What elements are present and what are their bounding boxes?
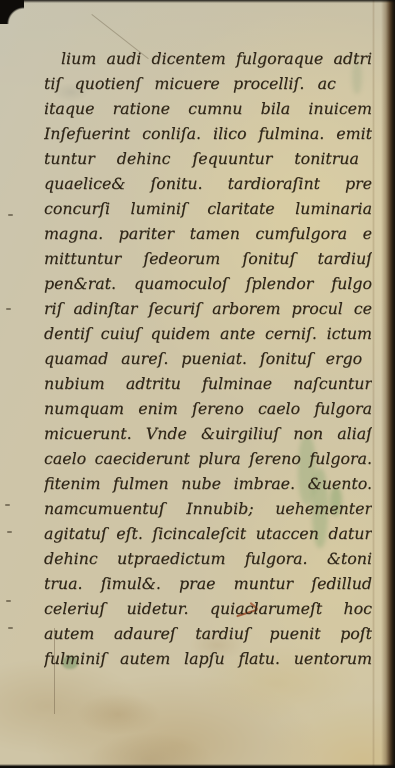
text-line: tuntur dehinc ſequuntur tonitrua [44, 147, 359, 172]
text-line: tiſ quotienſ micuere procelliſ. ac [44, 72, 336, 97]
parchment-page: lium audi dicentem fulgoraque adtri tiſ … [0, 0, 395, 768]
text-line: quaelice& ſonitu. tardioraſint pre cedun… [44, 172, 372, 197]
page-edge-shadow [381, 0, 395, 768]
text-line: caelo caeciderunt plura ſereno fulgora. [44, 447, 372, 472]
margin-speck [5, 504, 10, 506]
text-line: fitenim fulmen nube imbrae. &uento. [44, 472, 372, 497]
margin-speck [7, 531, 12, 533]
text-line: Inſefuerint conliſa. ilico fulmina. emit [44, 122, 372, 147]
margin-speck [6, 308, 11, 310]
photo-edge-top [0, 0, 395, 3]
margin-speck [8, 627, 13, 629]
text-line: dehinc utpraedictum fulgora. &toni [44, 547, 372, 572]
text-line: micuerunt. Vnde &uirgiliuſ non aliaſ [44, 422, 372, 447]
text-line: agitatuſ eſt. ſicincaleſcit utaccen datu… [44, 522, 372, 547]
text-line: namcumuentuſ Innubib; uehementer [44, 497, 372, 522]
margin-speck [6, 600, 11, 602]
photo-edge-bottom [0, 764, 395, 768]
margin-speck [8, 214, 13, 216]
text-line: concurſi luminiſ claritate luminaria [44, 197, 372, 222]
text-line: pen&rat. quamoculoſ ſplendor fulgo [44, 272, 372, 297]
text-line: magna. pariter tamen cumfulgora e [44, 222, 372, 247]
text-line: celeriuſ uidetur. quiaclarumeſt hoc [44, 597, 372, 622]
manuscript-photo: lium audi dicentem fulgoraque adtri tiſ … [0, 0, 395, 768]
text-line: quamad aureſ. pueniat. ſonituſ ergo [44, 347, 362, 372]
text-line: itaque ratione cumnu bila inuicem [44, 97, 372, 122]
text-block: lium audi dicentem fulgoraque adtri tiſ … [44, 47, 372, 672]
text-line: nubium adtritu fulminae naſcuntur [44, 372, 372, 397]
text-line: fulminiſ autem lapſu flatu. uentorum [44, 647, 372, 672]
text-line: riſ adinſtar ſecuriſ arborem procul ce [44, 297, 372, 322]
text-line: trua. ſimul&. prae muntur ſedillud [44, 572, 372, 597]
text-line: mittuntur ſedeorum ſonituſ tardiuſ [44, 247, 372, 272]
photo-corner-black [0, 0, 24, 24]
text-line: numquam enim ſereno caelo fulgora [44, 397, 372, 422]
text-line: dentiſ cuiuſ quidem ante cerniſ. ictum [44, 322, 372, 347]
page-fold-crease [372, 0, 375, 768]
text-line: lium audi dicentem fulgoraque adtri [44, 47, 372, 72]
text-line: autem adaureſ tardiuſ puenit poſt [44, 622, 372, 647]
